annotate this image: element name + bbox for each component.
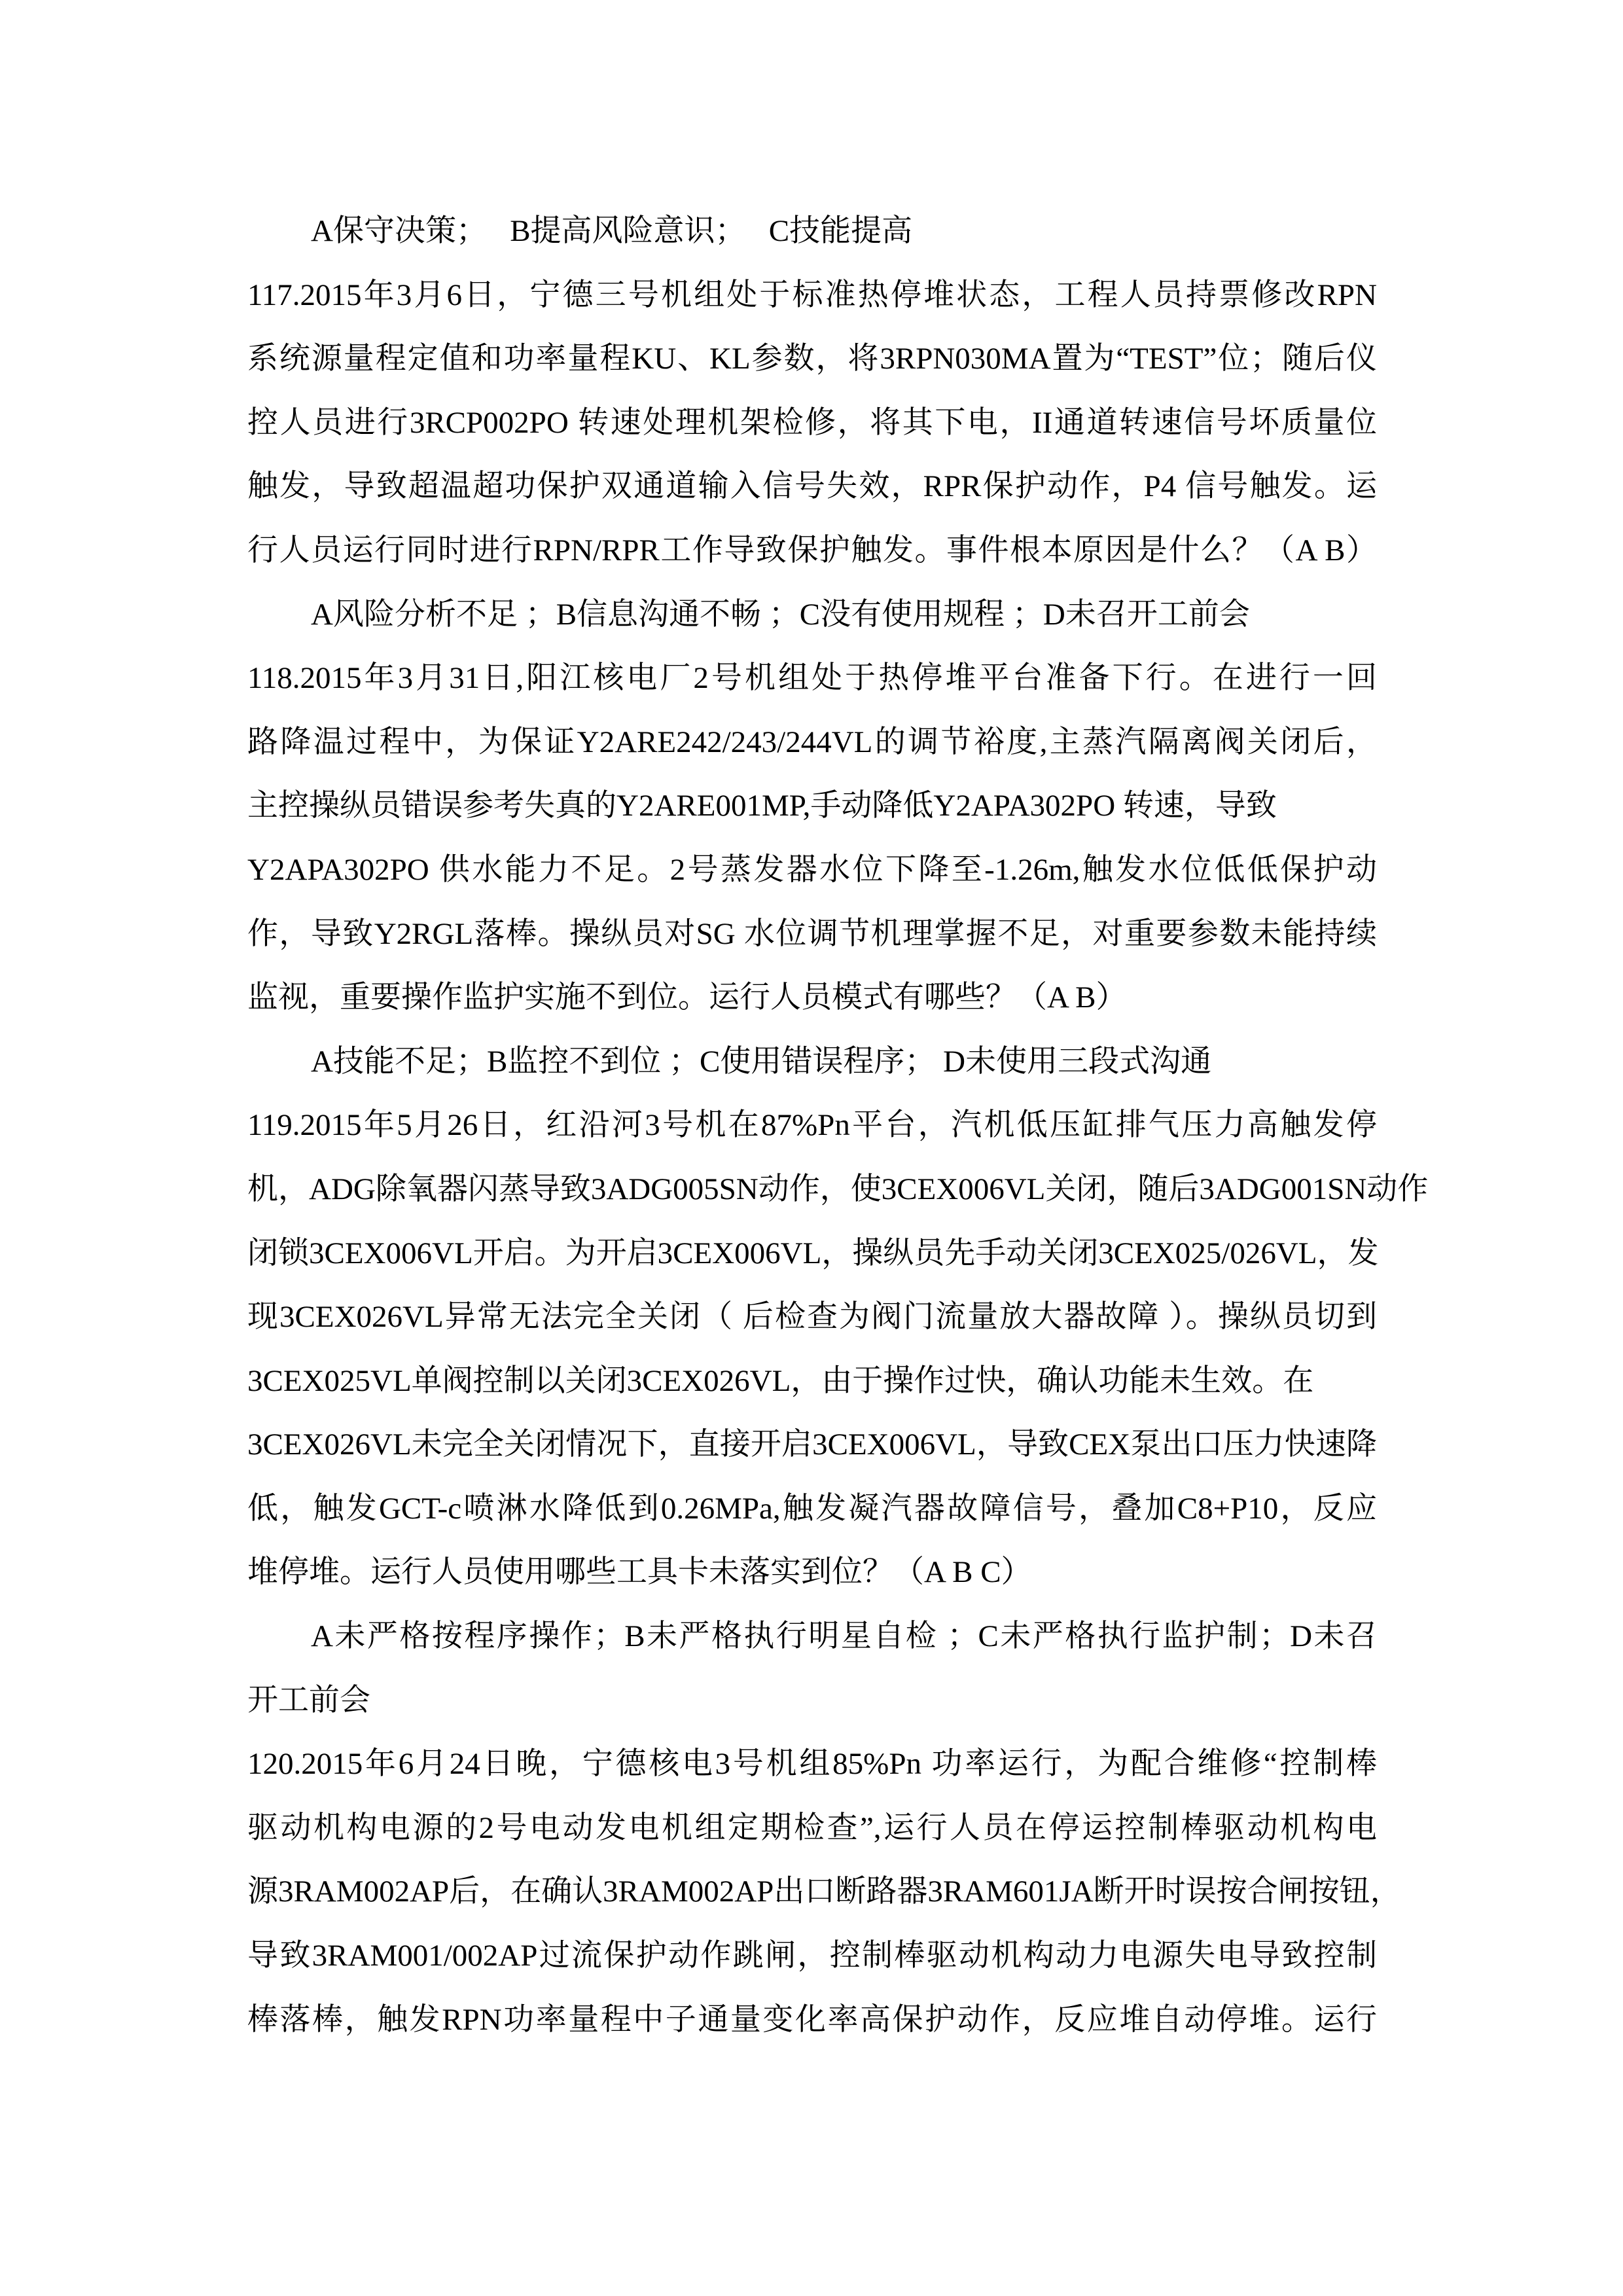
question-line-q118: 路降温过程中，为保证Y2ARE242/243/244VL的调节裕度,主蒸汽隔离阀… [247,711,1377,775]
question-line-q119: 闭锁3CEX006VL开启。为开启3CEX006VL，操纵员先手动关闭3CEX0… [247,1222,1377,1286]
question-line-q117: 系统源量程定值和功率量程KU、KL参数，将3RPN030MA置为“TEST”位；… [247,327,1377,391]
question-line-q119: 现3CEX026VL异常无法完全关闭（ 后检查为阀门流量放大器故障 ）。操纵员切… [247,1285,1377,1350]
document-page: A保守决策； B提高风险意识； C技能提高 117.2015年3月6日，宁德三号… [0,0,1623,2296]
question-line-q120: 驱动机构电源的2号电动发电机组定期检查”,运行人员在停运控制棒驱动机构电 [247,1797,1377,1861]
question-line-q118: 作，导致Y2RGL落棒。操纵员对SG 水位调节机理掌握不足，对重要参数未能持续 [247,903,1377,967]
option-line-q118: A技能不足；B监控不到位 ；C使用错误程序； D未使用三段式沟通 [247,1030,1377,1094]
option-line-q116: A保守决策； B提高风险意识； C技能提高 [247,200,1377,264]
question-line-q120: 120.2015年6月24日晚，宁德核电3号机组85%Pn 功率运行，为配合维修… [247,1732,1377,1797]
question-line-q119: 低，触发GCT-c喷淋水降低到0.26MPa,触发凝汽器故障信号，叠加C8+P1… [247,1477,1377,1541]
question-line-q117: 触发，导致超温超功保护双通道输入信号失效，RPR保护动作，P4 信号触发。运 [247,455,1377,519]
option-line-q119: 开工前会 [247,1669,1377,1733]
question-line-q118: 主控操纵员错误参考失真的Y2ARE001MP,手动降低Y2APA302PO 转速… [247,774,1377,838]
question-line-q120: 源3RAM002AP后，在确认3RAM002AP出口断路器3RAM601JA断开… [247,1860,1377,1924]
question-line-q118: 监视，重要操作监护实施不到位。运行人员模式有哪些？（A B） [247,966,1377,1030]
question-line-q119: 3CEX026VL未完全关闭情况下，直接开启3CEX006VL，导致CEX泵出口… [247,1413,1377,1477]
question-line-q119: 堆停堆。运行人员使用哪些工具卡未落实到位？（A B C） [247,1541,1377,1605]
question-line-q117: 控人员进行3RCP002PO 转速处理机架检修，将其下电，II通道转速信号坏质量… [247,391,1377,456]
question-line-q120: 棒落棒，触发RPN功率量程中子通量变化率高保护动作，反应堆自动停堆。运行 [247,1988,1377,2053]
question-line-q118: Y2APA302PO 供水能力不足。2号蒸发器水位下降至-1.26m,触发水位低… [247,838,1377,903]
question-line-q117: 行人员运行同时进行RPN/RPR工作导致保护触发。事件根本原因是什么？（A B） [247,519,1377,583]
option-line-q117: A风险分析不足 ；B信息沟通不畅 ；C没有使用规程 ；D未召开工前会 [247,583,1377,647]
option-line-q119: A未严格按程序操作；B未严格执行明星自检 ；C未严格执行监护制；D未召 [247,1605,1377,1669]
question-line-q119: 3CEX025VL单阀控制以关闭3CEX026VL，由于操作过快，确认功能未生效… [247,1350,1377,1414]
question-line-q120: 导致3RAM001/002AP过流保护动作跳闸，控制棒驱动机构动力电源失电导致控… [247,1924,1377,1988]
question-line-q119: 119.2015年5月26日，红沿河3号机在87%Pn平台，汽机低压缸排气压力高… [247,1094,1377,1158]
body-text: A保守决策； B提高风险意识； C技能提高 117.2015年3月6日，宁德三号… [247,200,1377,2052]
question-line-q118: 118.2015年3月31日,阳江核电厂2号机组处于热停堆平台准备下行。在进行一… [247,647,1377,711]
question-line-q117: 117.2015年3月6日，宁德三号机组处于标准热停堆状态，工程人员持票修改RP… [247,264,1377,328]
question-line-q119: 机，ADG除氧器闪蒸导致3ADG005SN动作，使3CEX006VL关闭，随后3… [247,1158,1377,1222]
